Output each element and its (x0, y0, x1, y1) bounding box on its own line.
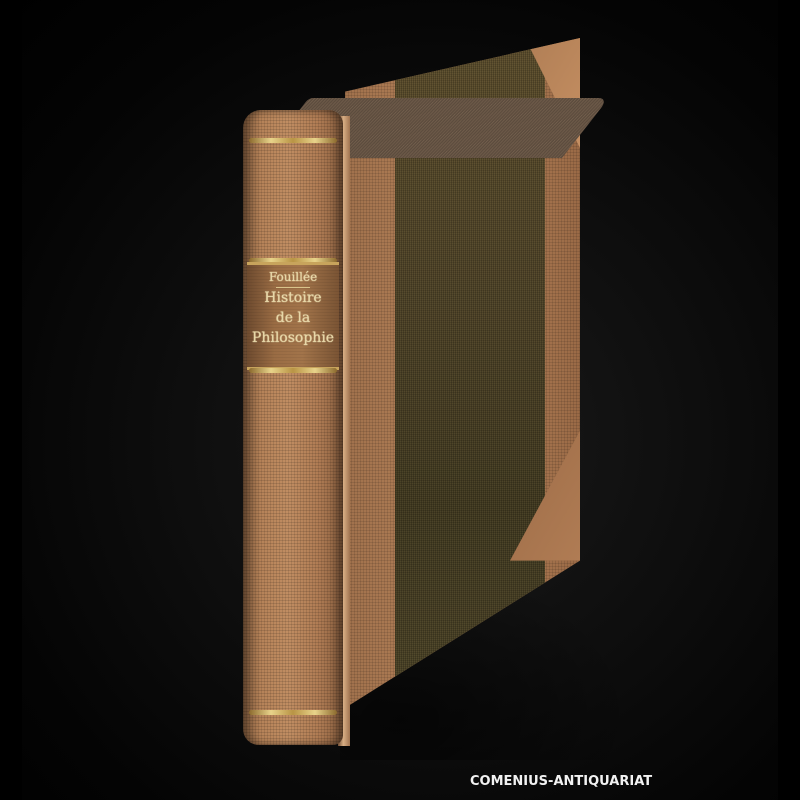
watermark-text: COMENIUS-ANTIQUARIAT (470, 774, 652, 789)
spine-title-line-3: Philosophie (247, 328, 339, 348)
spine-title-line-1: Histoire (247, 288, 339, 308)
gilt-ornament-top (249, 138, 337, 143)
gilt-ornament-bottom (249, 710, 337, 715)
gilt-band-lower (249, 368, 337, 373)
right-border (778, 0, 800, 800)
spine-title-line-2: de la (247, 308, 339, 328)
left-border (0, 0, 22, 800)
spine-title-label: Fouillée Histoire de la Philosophie (247, 262, 339, 370)
book-spine: Fouillée Histoire de la Philosophie (243, 110, 343, 745)
spine-author: Fouillée (247, 267, 339, 287)
